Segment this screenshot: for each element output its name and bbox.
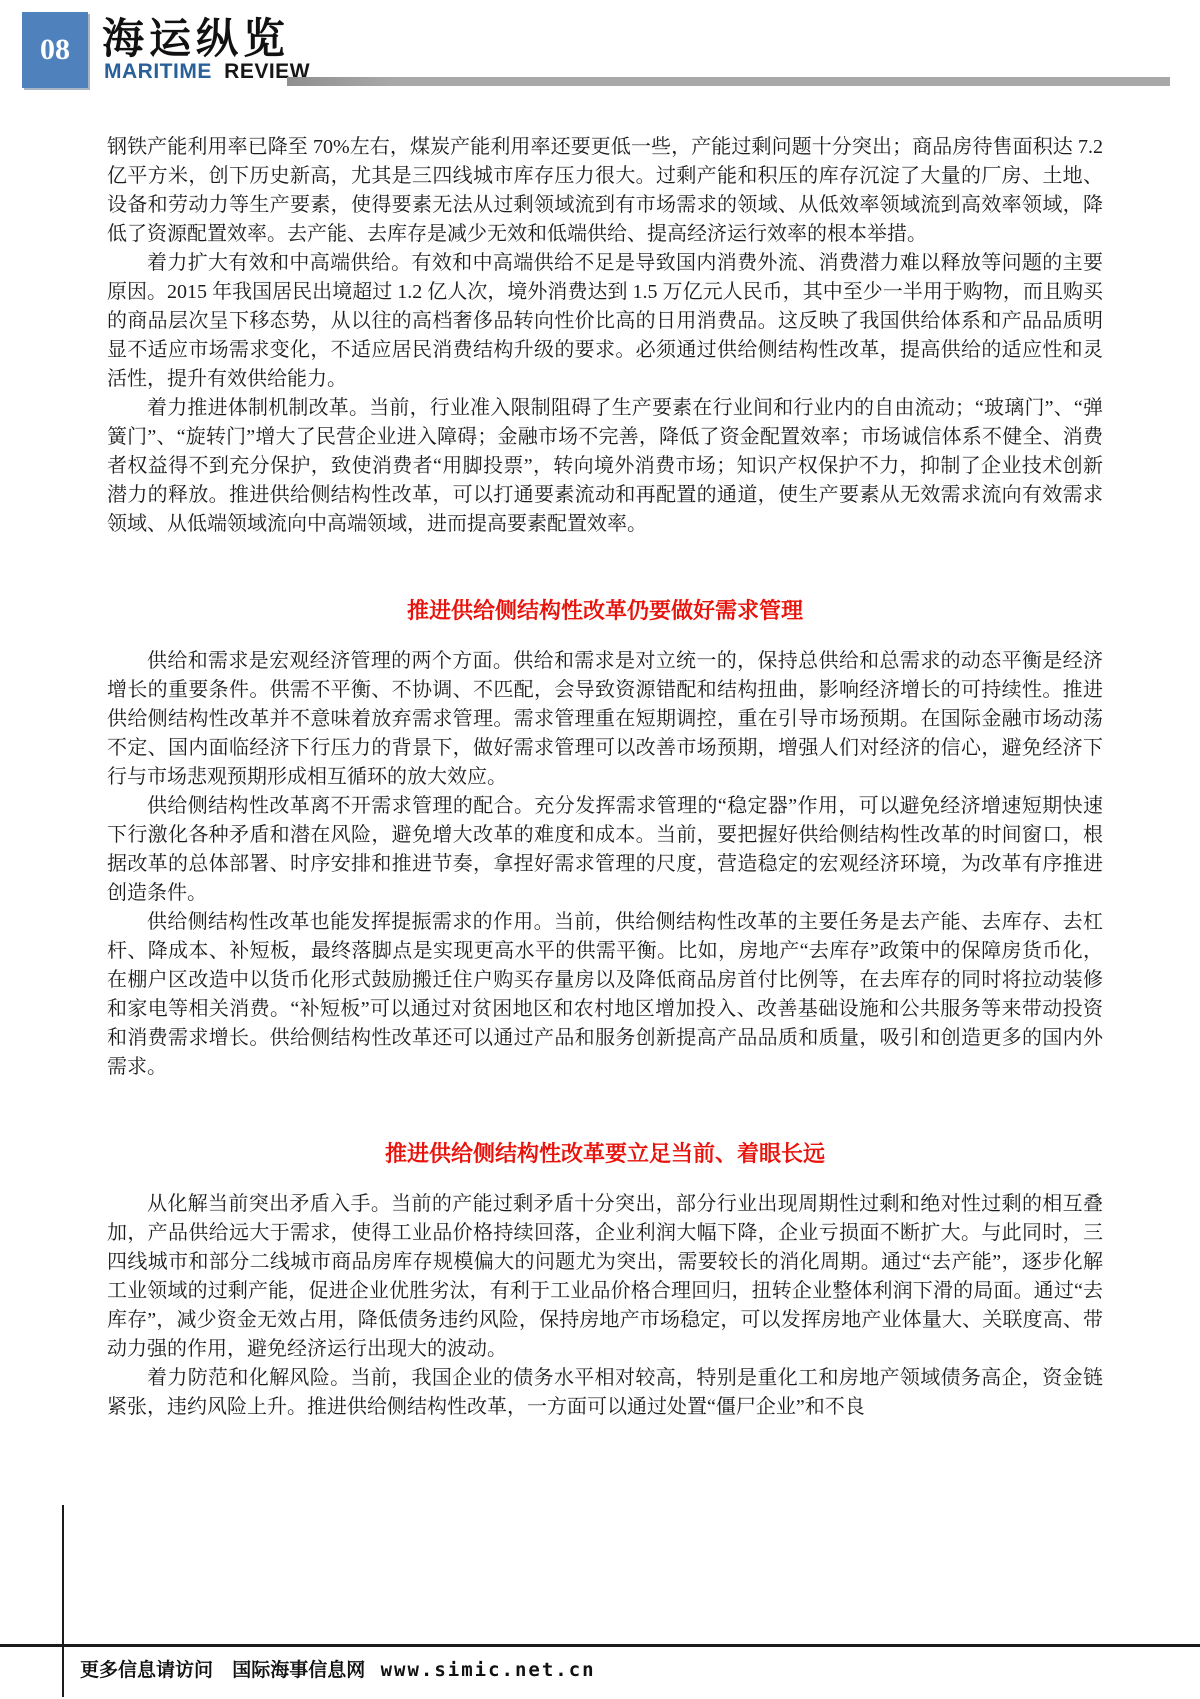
left-margin-rule — [62, 1505, 64, 1697]
body-paragraph: 着力扩大有效和中高端供给。有效和中高端供给不足是导致国内消费外流、消费潜力难以释… — [107, 249, 1103, 394]
body-paragraph: 供给和需求是宏观经济管理的两个方面。供给和需求是对立统一的，保持总供给和总需求的… — [107, 647, 1103, 792]
footer: 更多信息请访问 国际海事信息网 www.simic.net.cn — [80, 1655, 596, 1682]
section-heading: 推进供给侧结构性改革要立足当前、着眼长远 — [107, 1139, 1103, 1168]
body-paragraph: 着力推进体制机制改革。当前，行业准入限制阻碍了生产要素在行业间和行业内的自由流动… — [107, 394, 1103, 539]
body-paragraph: 着力防范和化解风险。当前，我国企业的债务水平相对较高，特别是重化工和房地产领域债… — [107, 1364, 1103, 1422]
footer-divider-line — [0, 1644, 1200, 1647]
page-number: 08 — [40, 33, 70, 67]
article-body: 钢铁产能利用率已降至 70%左右，煤炭产能利用率还要更低一些，产能过剩问题十分突… — [107, 133, 1103, 1422]
magazine-title-chinese: 海运纵览 — [102, 16, 290, 62]
section-heading: 推进供给侧结构性改革仍要做好需求管理 — [107, 596, 1103, 625]
body-paragraph: 钢铁产能利用率已降至 70%左右，煤炭产能利用率还要更低一些，产能过剩问题十分突… — [107, 133, 1103, 249]
header-divider-bar — [287, 77, 1170, 86]
page-number-badge: 08 — [22, 12, 88, 88]
body-paragraph: 供给侧结构性改革离不开需求管理的配合。充分发挥需求管理的“稳定器”作用，可以避免… — [107, 792, 1103, 908]
body-paragraph: 从化解当前突出矛盾入手。当前的产能过剩矛盾十分突出，部分行业出现周期性过剩和绝对… — [107, 1190, 1103, 1364]
footer-url: www.simic.net.cn — [381, 1659, 596, 1681]
title-en-maritime: MARITIME — [104, 60, 212, 83]
magazine-title-english: MARITIME REVIEW — [104, 60, 310, 84]
body-paragraph: 供给侧结构性改革也能发挥提振需求的作用。当前，供给侧结构性改革的主要任务是去产能… — [107, 908, 1103, 1082]
footer-site-name: 国际海事信息网 — [232, 1660, 365, 1681]
footer-prefix: 更多信息请访问 — [80, 1660, 213, 1681]
